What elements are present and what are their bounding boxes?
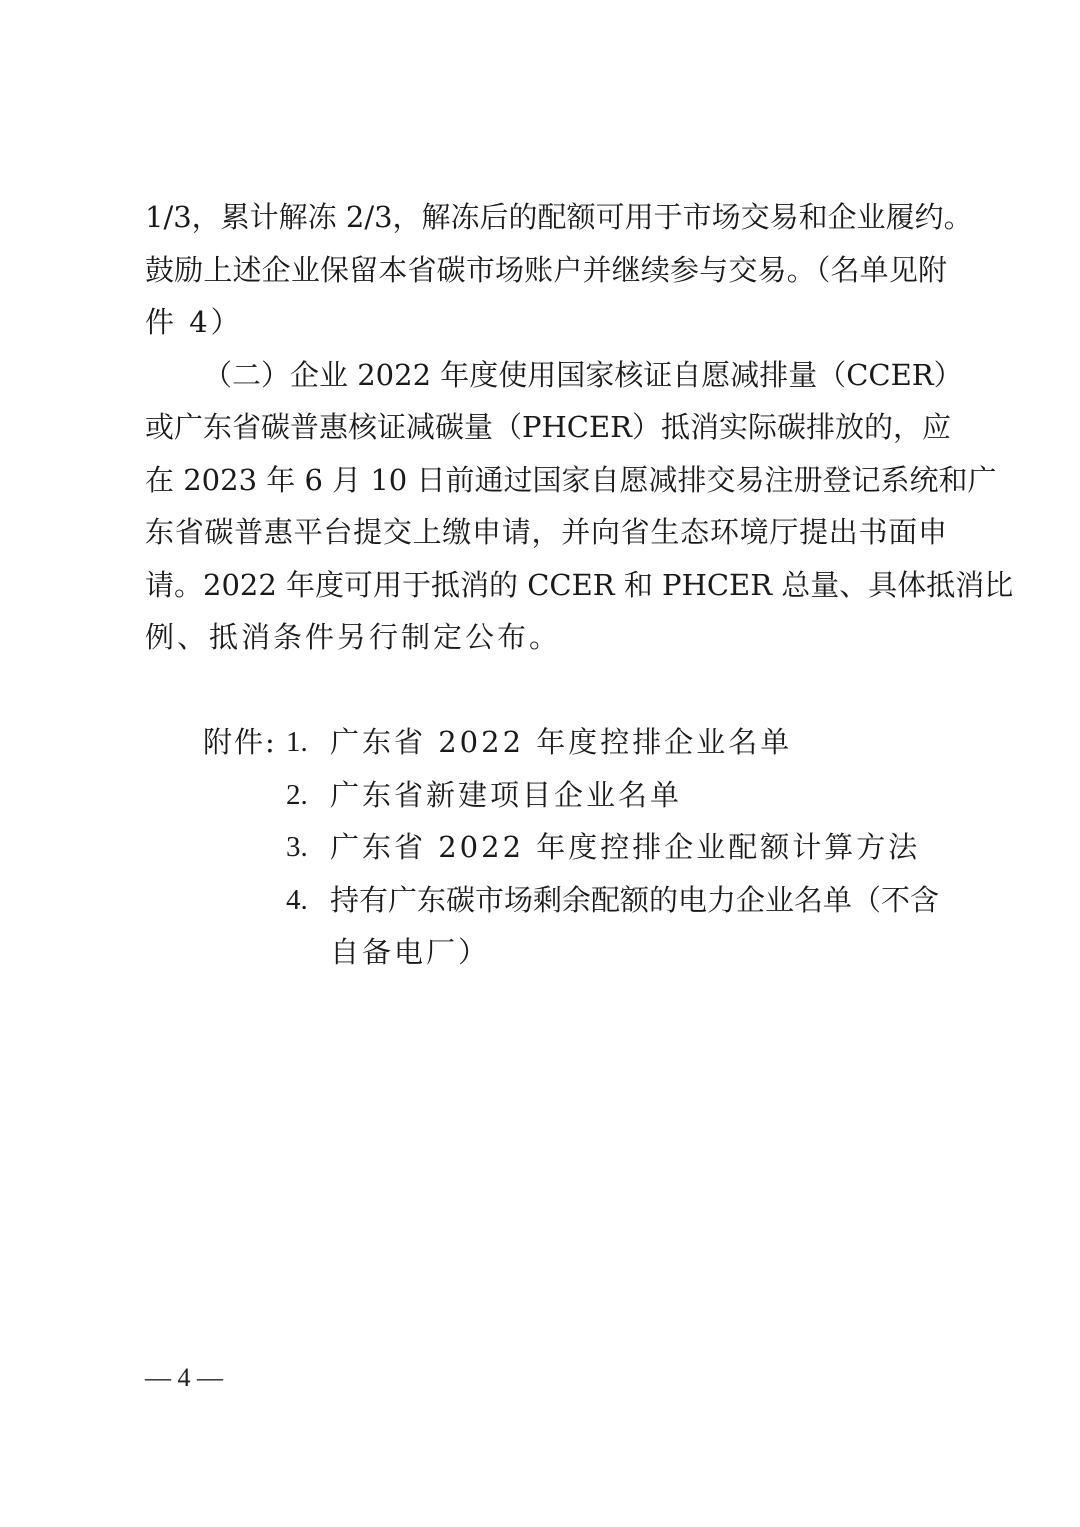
body-line-3: 件 4） [145, 302, 947, 342]
document-page: 1/3，累计解冻 2/3，解冻后的配额可用于市场交易和企业履约。 鼓励上述企业保… [0, 0, 1080, 1527]
page-number: — 4 — [145, 1363, 223, 1393]
attachment-number: 1. [286, 722, 308, 762]
attachments-label: 附件: [203, 722, 277, 762]
body-line-9: 例、抵消条件另行制定公布。 [145, 617, 947, 657]
body-line-6: 在 2023 年 6 月 10 日前通过国家自愿减排交易注册登记系统和广 [145, 460, 947, 500]
attachment-title-continuation: 自备电厂） [330, 932, 490, 972]
attachment-title: 持有广东碳市场剩余配额的电力企业名单（不含 [330, 880, 930, 920]
body-line-8: 请。2022 年度可用于抵消的 CCER 和 PHCER 总量、具体抵消比 [145, 565, 947, 605]
attachment-title: 广东省 2022 年度控排企业名单 [330, 722, 792, 762]
attachment-title: 广东省新建项目企业名单 [330, 775, 682, 815]
attachment-number: 2. [286, 775, 308, 815]
attachment-title: 广东省 2022 年度控排企业配额计算方法 [330, 827, 920, 867]
section-two-heading-line: （二）企业 2022 年度使用国家核证自愿减排量（CCER） [203, 355, 947, 395]
body-line-7: 东省碳普惠平台提交上缴申请，并向省生态环境厅提出书面申 [145, 512, 947, 552]
attachment-number: 3. [286, 827, 308, 867]
body-line-2: 鼓励上述企业保留本省碳市场账户并继续参与交易。（名单见附 [145, 250, 947, 290]
attachment-number: 4. [286, 880, 308, 920]
body-line-1: 1/3，累计解冻 2/3，解冻后的配额可用于市场交易和企业履约。 [145, 197, 947, 237]
body-line-5: 或广东省碳普惠核证减碳量（PHCER）抵消实际碳排放的，应 [145, 407, 947, 447]
